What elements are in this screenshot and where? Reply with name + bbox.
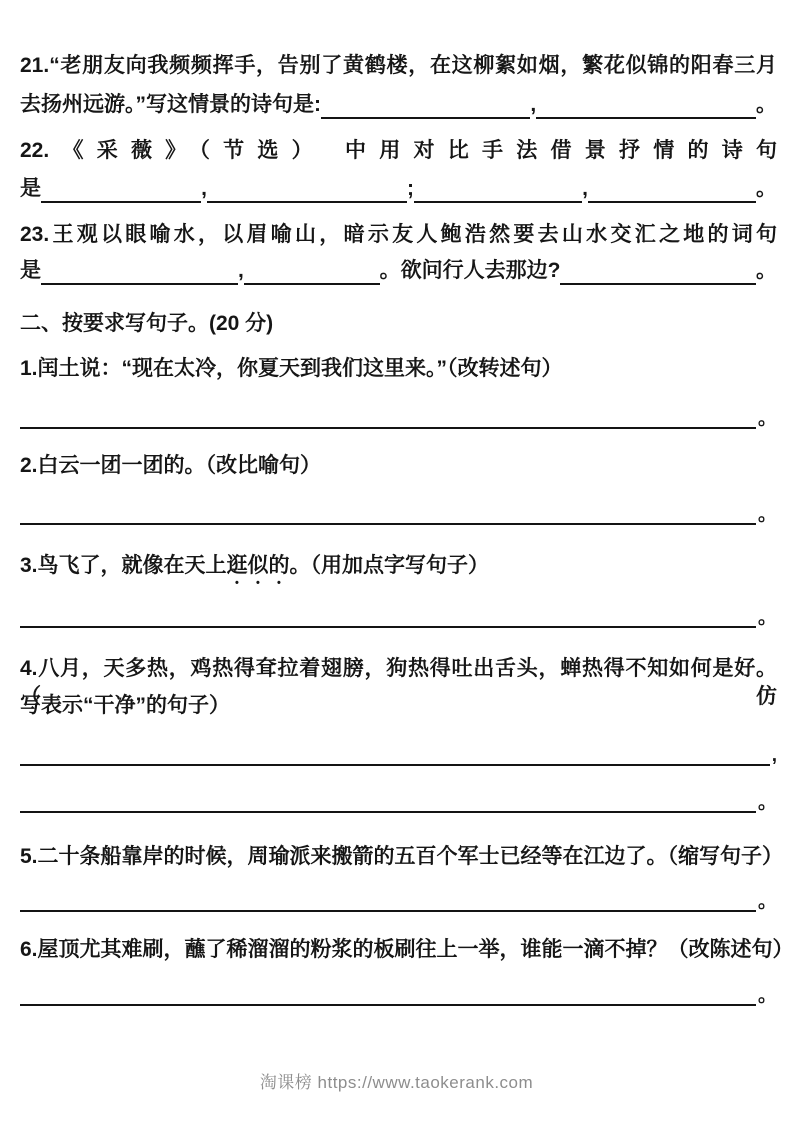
fill-blank[interactable] (321, 93, 530, 119)
answer-end-punct: 。 (756, 408, 777, 429)
separator-semicolon: ; (407, 175, 414, 203)
question-21-line-1: 21.“老朋友向我频频挥手，告别了黄鹤楼，在这柳絮如烟，繁花似锦的阳春三月 (20, 52, 777, 80)
question-1-text: 1.闰土说：“现在太冷，你夏天到我们这里来。”（改转述句） (20, 355, 777, 383)
answer-end-punct: 。 (756, 985, 777, 1006)
answer-writing-line[interactable] (20, 886, 756, 912)
question-3-emphasized-words: 逛似的 (227, 554, 290, 577)
answer-writing-line[interactable] (20, 403, 756, 429)
answer-writing-line[interactable] (20, 740, 770, 766)
answer-end-punct: 。 (756, 792, 777, 813)
answer-end-punct: , (770, 745, 777, 766)
question-23-line-2: 是 , 。欲问行人去那边? 。 (20, 257, 777, 285)
fill-blank[interactable] (588, 177, 756, 203)
answer-end-punct: 。 (756, 891, 777, 912)
answer-end-punct: 。 (756, 607, 777, 628)
answer-line-q5: 。 (20, 886, 777, 912)
answer-line-q4-second: 。 (20, 787, 777, 813)
answer-writing-line[interactable] (20, 602, 756, 628)
fill-blank[interactable] (536, 93, 756, 119)
answer-writing-line[interactable] (20, 980, 756, 1006)
worksheet-page: 21.“老朋友向我频频挥手，告别了黄鹤楼，在这柳絮如烟，繁花似锦的阳春三月 去扬… (0, 0, 793, 1122)
answer-line-q1: 。 (20, 403, 777, 429)
question-5-text: 5.二十条船靠岸的时候，周瑜派来搬箭的五百个军士已经等在江边了。（缩写句子） (20, 843, 777, 871)
question-3-pre: 3.鸟飞了，就像在天上 (20, 554, 227, 577)
answer-end-punct: 。 (756, 504, 777, 525)
answer-line-q2: 。 (20, 499, 777, 525)
fill-blank[interactable] (244, 259, 380, 285)
fill-blank[interactable] (41, 177, 201, 203)
question-4-line-2: 写表示“干净”的句子） (20, 692, 777, 720)
question-22-line-1: 22.《采薇》（节选） 中用对比手法借景抒情的诗句 (20, 137, 777, 165)
question-6-text: 6.屋顶尤其难刷，蘸了稀溜溜的粉浆的板刷往上一举，谁能一滴不掉？（改陈述句） (20, 936, 777, 964)
answer-writing-line[interactable] (20, 499, 756, 525)
section-2-header: 二、按要求写句子。(20 分) (20, 310, 777, 338)
question-21-line-2: 去扬州远游。”写这情景的诗句是: , 。 (20, 91, 777, 119)
end-period: 。 (756, 257, 777, 285)
answer-line-q3: 。 (20, 602, 777, 628)
fill-blank[interactable] (560, 259, 756, 285)
question-3-text: 3.鸟飞了，就像在天上逛似的。（用加点字写句子） (20, 552, 777, 589)
question-22-prompt: 是 (20, 175, 41, 203)
question-23-prompt: 是 (20, 257, 41, 285)
answer-writing-line[interactable] (20, 787, 756, 813)
answer-line-q6: 。 (20, 980, 777, 1006)
fill-blank[interactable] (207, 177, 407, 203)
question-23-mid-text: 。欲问行人去那边? (380, 257, 561, 285)
question-3-post: 。（用加点字写句子） (290, 554, 490, 577)
question-23-line-1: 23.王观以眼喻水，以眉喻山，暗示友人鲍浩然要去山水交汇之地的词句 (20, 221, 777, 249)
fill-blank[interactable] (414, 177, 582, 203)
question-2-text: 2.白云一团一团的。（改比喻句） (20, 452, 777, 480)
end-period: 。 (756, 175, 777, 203)
answer-line-q4-first: , (20, 740, 777, 766)
end-period: 。 (756, 91, 777, 119)
fill-blank[interactable] (41, 259, 238, 285)
footer-watermark: 淘课榜 https://www.taokerank.com (0, 1068, 793, 1093)
question-21-prompt: 去扬州远游。”写这情景的诗句是: (20, 91, 321, 119)
question-22-line-2: 是 , ; , 。 (20, 175, 777, 203)
